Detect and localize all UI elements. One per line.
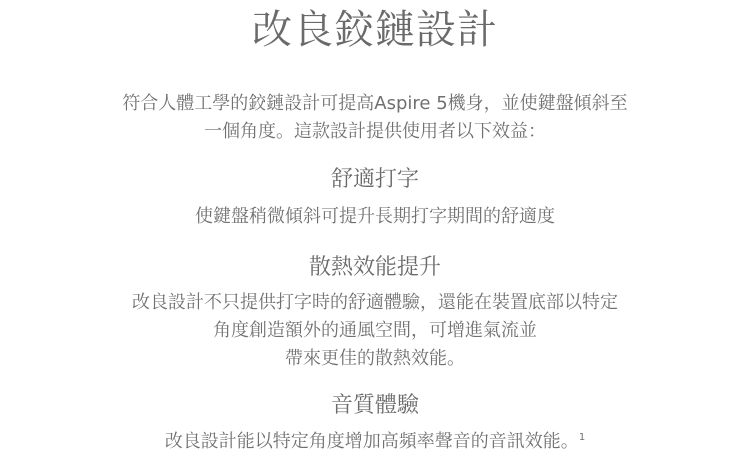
section-line: 角度創造額外的通風空間，可增進氣流並 — [0, 317, 750, 345]
section-line-text: 改良設計能以特定角度增加高頻率聲音的音訊效能。 — [165, 431, 579, 452]
section-text-audio-experience: 改良設計能以特定角度增加高頻率聲音的音訊效能。1 — [0, 428, 750, 456]
section-text-comfortable-typing: 使鍵盤稍微傾斜可提升長期打字期間的舒適度 — [0, 203, 750, 231]
section-line: 改良設計不只提供打字時的舒適體驗，還能在裝置底部以特定 — [0, 289, 750, 317]
section-line: 改良設計能以特定角度增加高頻率聲音的音訊效能。1 — [0, 428, 750, 456]
intro-paragraph: 符合人體工學的鉸鏈設計可提高Aspire 5機身，並使鍵盤傾斜至 一個角度。這款… — [0, 90, 750, 146]
section-line: 使鍵盤稍微傾斜可提升長期打字期間的舒適度 — [0, 203, 750, 231]
section-line: 帶來更佳的散熱效能。 — [0, 345, 750, 373]
section-heading-audio-experience: 音質體驗 — [0, 391, 750, 421]
section-text-thermal-performance: 改良設計不只提供打字時的舒適體驗，還能在裝置底部以特定 角度創造額外的通風空間，… — [0, 289, 750, 373]
intro-line: 一個角度。這款設計提供使用者以下效益： — [0, 118, 750, 146]
page-title: 改良鉸鏈設計 — [0, 4, 750, 56]
feature-page: 改良鉸鏈設計 符合人體工學的鉸鏈設計可提高Aspire 5機身，並使鍵盤傾斜至 … — [0, 0, 750, 467]
section-heading-thermal-performance: 散熱效能提升 — [0, 253, 750, 283]
footnote-marker: 1 — [579, 432, 585, 443]
section-heading-comfortable-typing: 舒適打字 — [0, 165, 750, 195]
intro-line: 符合人體工學的鉸鏈設計可提高Aspire 5機身，並使鍵盤傾斜至 — [0, 90, 750, 118]
